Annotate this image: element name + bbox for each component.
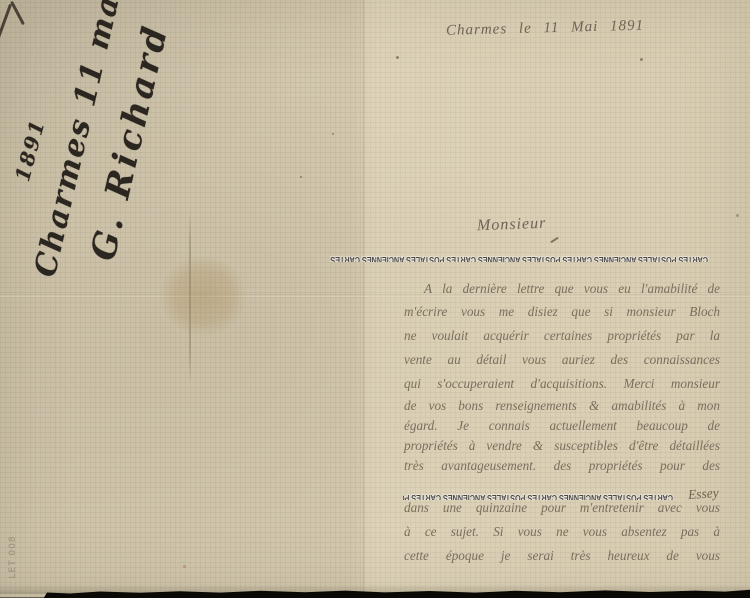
letter-line: égard. Je connais actuellement beaucoup … bbox=[404, 417, 720, 434]
letter-line: ne voulait acquérir certaines propriétés… bbox=[404, 327, 720, 344]
letter-line: A la dernière lettre que vous eu l'amabi… bbox=[404, 280, 720, 297]
letter-line: m'écrire vous me disiez que si monsieur … bbox=[404, 303, 720, 320]
ink-speck bbox=[396, 56, 399, 59]
letter-line: dans une quinzaine pour m'entretenir ave… bbox=[404, 499, 720, 516]
letter-line: qui s'occuperaient d'acquisitions. Merci… bbox=[404, 375, 720, 392]
watermark-band-lower: CARTES POSTALES ANCIENNES CARTES POSTALE… bbox=[403, 487, 703, 500]
ink-speck bbox=[736, 214, 739, 217]
corner-ink-mark bbox=[10, 1, 25, 25]
letter-line: vente au détail vous auriez des connaiss… bbox=[404, 351, 720, 368]
letter-line: à ce sujet. Si vous ne vous absentez pas… bbox=[404, 523, 720, 540]
watermark-text: CARTES POSTALES ANCIENNES CARTES POSTALE… bbox=[403, 491, 673, 500]
letter-line: très avantageusement. des propriétés pou… bbox=[404, 457, 720, 474]
ink-speck bbox=[332, 133, 334, 135]
ink-speck bbox=[183, 565, 186, 568]
letter-line: propriétés à vendre & susceptibles d'êtr… bbox=[404, 437, 720, 454]
letter-scan-page: 1891 Charmes 11 mai G. Richard Charmes l… bbox=[0, 0, 750, 598]
ink-speck bbox=[300, 176, 302, 178]
corner-ink-mark bbox=[0, 4, 12, 39]
letter-body: A la dernière lettre que vous eu l'amabi… bbox=[404, 0, 720, 598]
paper-stain bbox=[160, 256, 246, 336]
watermark-band-upper: CARTES POSTALES ANCIENNES CARTES POSTALE… bbox=[330, 249, 750, 262]
letter-line: cette époque je serai très heureux de vo… bbox=[404, 547, 720, 564]
watermark-text: CARTES POSTALES ANCIENNES CARTES POSTALE… bbox=[330, 253, 708, 262]
archive-code: LET 008 bbox=[8, 527, 22, 587]
letter-line: de vos bons renseignements & amabilités … bbox=[404, 397, 720, 414]
